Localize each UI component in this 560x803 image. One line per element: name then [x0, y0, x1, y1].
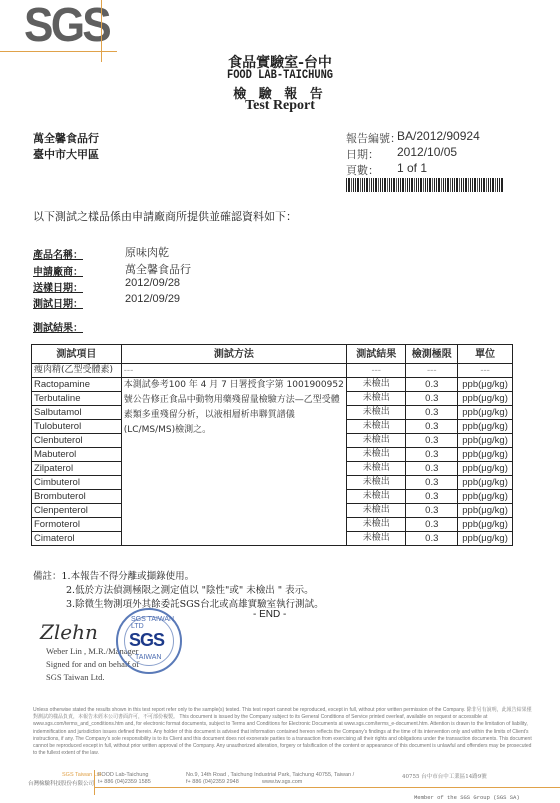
client-address: 臺中市大甲區	[33, 146, 99, 162]
test-item: Clenpenterol	[32, 504, 122, 518]
col-result: 測試結果	[347, 345, 406, 364]
stamp-bottom-text: TAIWAN	[135, 654, 161, 661]
company-stamp: SGS TAIWAN LTD SGS TAIWAN	[116, 608, 182, 674]
page-count-label: 頁數：	[346, 162, 379, 178]
table-row-group: 瘦肉精(乙型受體素) --- --- --- ---	[32, 364, 513, 378]
page-count: 1 of 1	[397, 161, 427, 175]
footer-phone: t+ 886 (04)2359 1585	[98, 779, 151, 785]
product-name: 原味肉乾	[125, 244, 169, 260]
col-unit: 單位	[458, 345, 513, 364]
group-method: ---	[121, 364, 346, 378]
group-item: 瘦肉精(乙型受體素)	[32, 364, 122, 378]
product-name-label: 產品名稱：	[33, 246, 83, 261]
test-item: Ractopamine	[32, 378, 122, 392]
lab-name-en: FOOD LAB-TAICHUNG	[56, 67, 504, 82]
test-item: Cimaterol	[32, 532, 122, 546]
test-item: Clenbuterol	[32, 434, 122, 448]
unit: ppb(μg/kg)	[458, 392, 513, 406]
unit: ppb(μg/kg)	[458, 406, 513, 420]
test-method: 本測試參考100 年 4 月 7 日署授食字第 1001900952 號公告修正…	[121, 378, 346, 546]
member-note: Member of the SGS Group (SGS SA)	[414, 794, 520, 801]
intro-text: 以下測試之樣品係由申請廠商所提供並確認資料如下：	[33, 208, 297, 224]
report-date: 2012/10/05	[397, 145, 457, 159]
footer-fax: f+ 886 (04)2359 2948	[186, 779, 239, 785]
test-result: 未檢出	[347, 490, 406, 504]
detection-limit: 0.3	[406, 462, 458, 476]
stamp-logo: SGS	[129, 630, 164, 651]
signer-company: SGS Taiwan Ltd.	[46, 671, 139, 684]
applicant: 萬全馨食品行	[125, 261, 191, 277]
results-title: 測試結果：	[33, 319, 83, 334]
footer-rule-horizontal	[94, 787, 560, 788]
test-result: 未檢出	[347, 420, 406, 434]
footer-company-cn: 台灣檢驗科技股份有限公司	[28, 779, 94, 787]
test-date: 2012/09/29	[125, 293, 180, 305]
signature-scribble: Zlehn	[40, 620, 98, 644]
detection-limit: 0.3	[406, 406, 458, 420]
unit: ppb(μg/kg)	[458, 448, 513, 462]
detection-limit: 0.3	[406, 392, 458, 406]
unit: ppb(μg/kg)	[458, 420, 513, 434]
detection-limit: 0.3	[406, 518, 458, 532]
test-result: 未檢出	[347, 504, 406, 518]
unit: ppb(μg/kg)	[458, 378, 513, 392]
unit: ppb(μg/kg)	[458, 532, 513, 546]
test-item: Brombuterol	[32, 490, 122, 504]
test-item: Salbutamol	[32, 406, 122, 420]
unit: ppb(μg/kg)	[458, 462, 513, 476]
received-date: 2012/09/28	[125, 277, 180, 289]
legal-disclaimer: Unless otherwise stated the results show…	[33, 707, 533, 757]
footer-rule-vertical	[94, 770, 95, 795]
unit: ppb(μg/kg)	[458, 504, 513, 518]
applicant-label: 申請廠商：	[33, 263, 83, 278]
report-number-label: 報告編號：	[346, 130, 401, 146]
note-1: 備註：1.本報告不得分離或擷錄使用。	[33, 570, 324, 584]
detection-limit: 0.3	[406, 504, 458, 518]
test-result: 未檢出	[347, 532, 406, 546]
test-result: 未檢出	[347, 406, 406, 420]
client-name: 萬全馨食品行	[33, 130, 99, 146]
detection-limit: 0.3	[406, 490, 458, 504]
results-table: 測試項目 測試方法 測試結果 檢測極限 單位 瘦肉精(乙型受體素) --- --…	[31, 344, 513, 546]
detection-limit: 0.3	[406, 378, 458, 392]
test-result: 未檢出	[347, 518, 406, 532]
col-detection-limit: 檢測極限	[406, 345, 458, 364]
unit: ppb(μg/kg)	[458, 518, 513, 532]
test-item: Mabuterol	[32, 448, 122, 462]
col-test-method: 測試方法	[121, 345, 346, 364]
test-item: Formoterol	[32, 518, 122, 532]
test-result: 未檢出	[347, 434, 406, 448]
report-title-en: Test Report	[0, 98, 560, 114]
test-result: 未檢出	[347, 476, 406, 490]
group-unit: ---	[458, 364, 513, 378]
test-date-label: 測試日期：	[33, 295, 83, 310]
detection-limit: 0.3	[406, 532, 458, 546]
report-date-label: 日期：	[346, 146, 379, 162]
received-date-label: 送樣日期：	[33, 279, 83, 294]
footer-address-cn: 40755 台中市台中工業區14路9號	[402, 772, 487, 780]
test-item: Zilpaterol	[32, 462, 122, 476]
table-row: Ractopamine本測試參考100 年 4 月 7 日署授食字第 10019…	[32, 378, 513, 392]
footer-lab: FOOD Lab-Taichung	[98, 772, 148, 778]
unit: ppb(μg/kg)	[458, 476, 513, 490]
table-header-row: 測試項目 測試方法 測試結果 檢測極限 單位	[32, 345, 513, 364]
test-result: 未檢出	[347, 378, 406, 392]
col-test-item: 測試項目	[32, 345, 122, 364]
group-limit: ---	[406, 364, 458, 378]
detection-limit: 0.3	[406, 434, 458, 448]
test-item: Cimbuterol	[32, 476, 122, 490]
detection-limit: 0.3	[406, 448, 458, 462]
test-item: Terbutaline	[32, 392, 122, 406]
test-item: Tulobuterol	[32, 420, 122, 434]
footer-company-en: SGS Taiwan Ltd.	[62, 772, 103, 778]
sgs-logo: SGS	[24, 2, 109, 50]
end-mark: - END -	[253, 609, 286, 620]
test-result: 未檢出	[347, 392, 406, 406]
unit: ppb(μg/kg)	[458, 434, 513, 448]
unit: ppb(μg/kg)	[458, 490, 513, 504]
detection-limit: 0.3	[406, 420, 458, 434]
note-2: 2.低於方法偵測極限之測定值以 "陰性"或" 未檢出 " 表示。	[33, 584, 324, 598]
footer-address: No.9, 14th Road , Taichung Industrial Pa…	[186, 772, 354, 778]
report-number: BA/2012/90924	[397, 129, 480, 143]
footer-website[interactable]: www.tw.sgs.com	[262, 779, 302, 785]
group-result: ---	[347, 364, 406, 378]
notes: 備註：1.本報告不得分離或擷錄使用。 2.低於方法偵測極限之測定值以 "陰性"或…	[33, 570, 324, 612]
detection-limit: 0.3	[406, 476, 458, 490]
stamp-top-text: SGS TAIWAN LTD	[131, 616, 180, 630]
barcode	[346, 178, 504, 192]
test-result: 未檢出	[347, 448, 406, 462]
test-result: 未檢出	[347, 462, 406, 476]
